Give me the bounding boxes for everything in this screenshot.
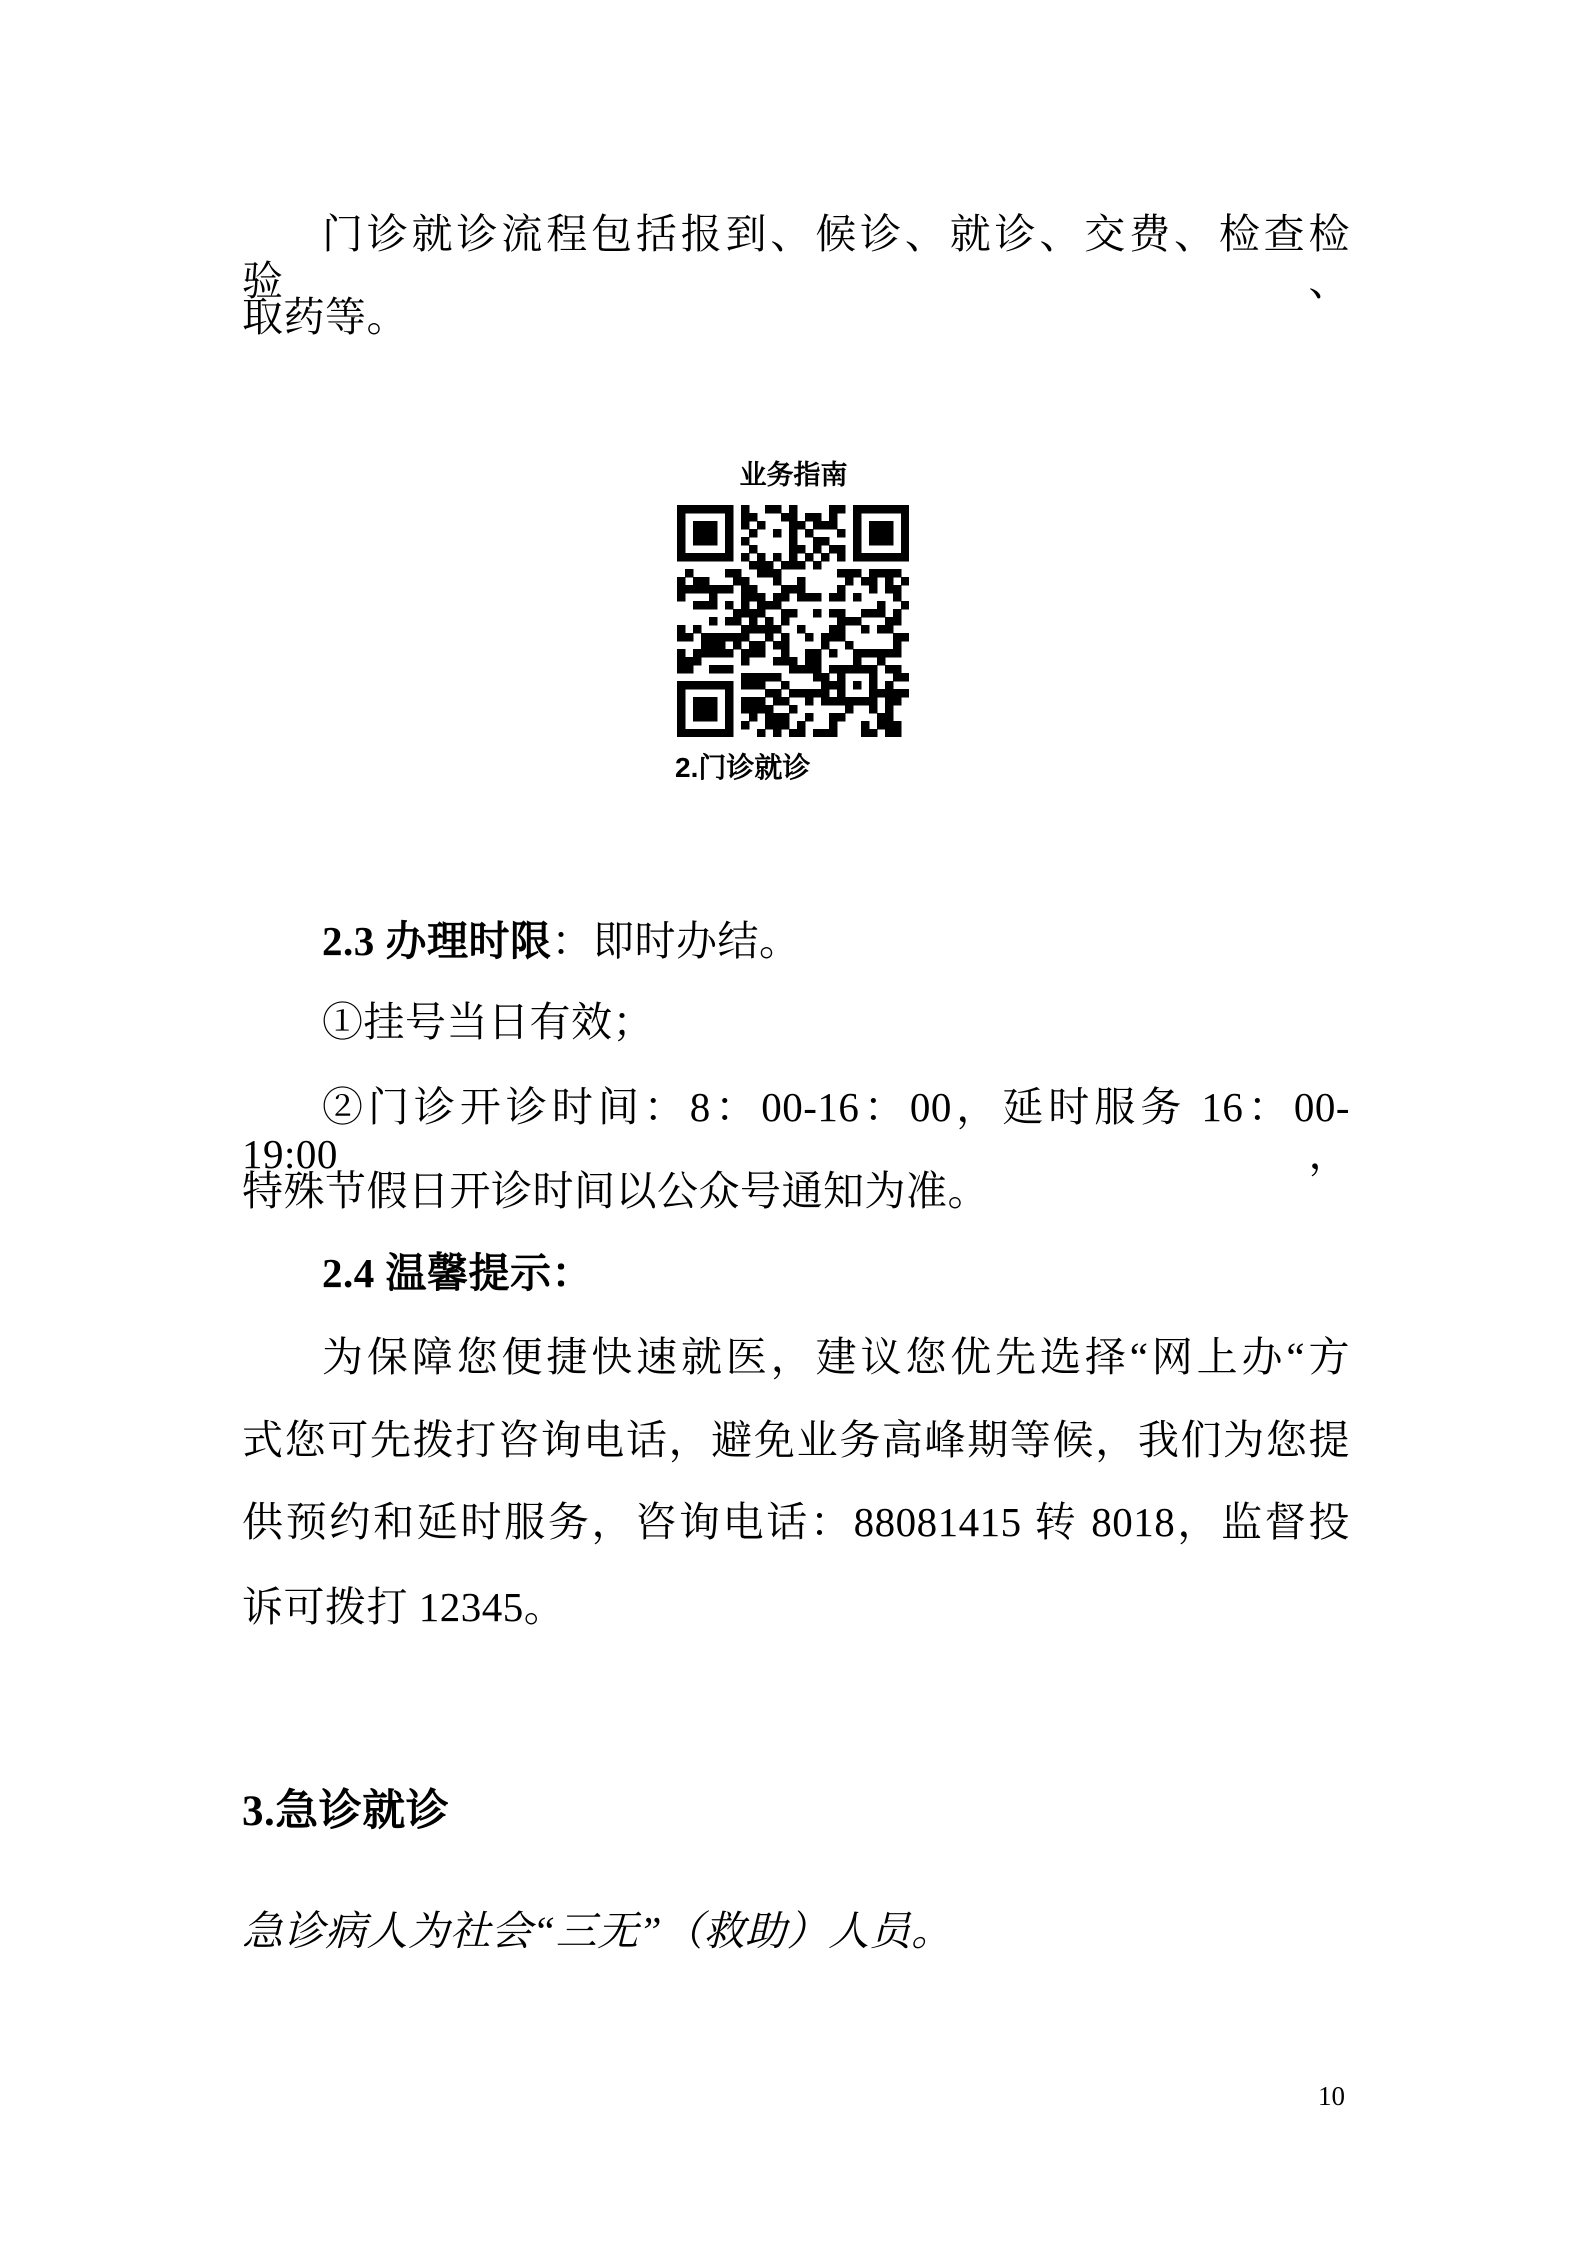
qr-code-svg bbox=[677, 505, 909, 737]
list-item-2-line-1: ②门诊开诊时间：8：00-16：00，延时服务 16：00-19:00， bbox=[242, 1084, 1350, 1178]
qr-code-image bbox=[677, 505, 909, 737]
document-page: 门诊就诊流程包括报到、候诊、就诊、交费、检查检验、 取药等。 业务指南 2.门诊… bbox=[0, 0, 1587, 2245]
page-number: 10 bbox=[1318, 2082, 1345, 2112]
section-2-3-heading-line: 2.3 办理时限：即时办结。 bbox=[242, 918, 1350, 965]
section-2-4-heading-line: 2.4 温馨提示： bbox=[242, 1250, 1350, 1297]
paragraph-intro-line-1: 门诊就诊流程包括报到、候诊、就诊、交费、检查检验、 bbox=[242, 211, 1350, 305]
paragraph-emergency-line-1: 急诊病人为社会“三无”（救助）人员。 bbox=[242, 1908, 1350, 1955]
section-3-heading: 3.急诊就诊 bbox=[242, 1787, 1350, 1836]
qr-block-title: 业务指南 bbox=[0, 461, 1587, 491]
qr-block-caption: 2.门诊就诊 bbox=[675, 753, 810, 784]
paragraph-tips-line-2: 式您可先拨打咨询电话，避免业务高峰期等候，我们为您提 bbox=[242, 1417, 1350, 1464]
paragraph-intro-line-2: 取药等。 bbox=[242, 294, 1350, 341]
list-item-2-line-2: 特殊节假日开诊时间以公众号通知为准。 bbox=[242, 1168, 1350, 1215]
paragraph-tips-line-1: 为保障您便捷快速就医，建议您优先选择“网上办“方 bbox=[242, 1334, 1350, 1381]
list-item-1: ①挂号当日有效； bbox=[242, 999, 1350, 1046]
paragraph-tips-line-4: 诉可拨打 12345。 bbox=[242, 1584, 1350, 1631]
paragraph-tips-line-3: 供预约和延时服务，咨询电话：88081415 转 8018，监督投 bbox=[242, 1499, 1350, 1546]
